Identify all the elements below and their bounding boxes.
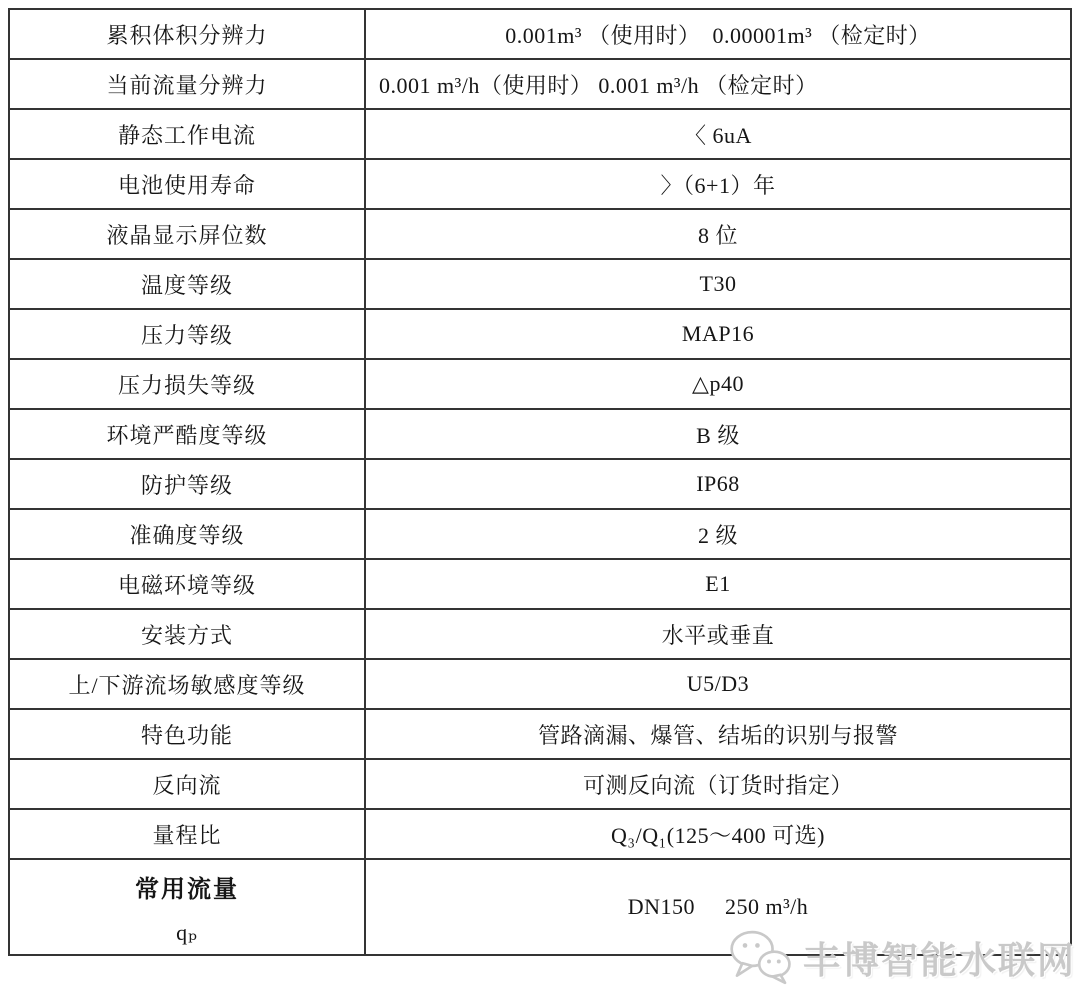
spec-label-line2: qₚ	[176, 920, 198, 946]
table-row: 液晶显示屏位数 8 位	[9, 209, 1071, 259]
table-row: 准确度等级 2 级	[9, 509, 1071, 559]
table-row: 安装方式 水平或垂直	[9, 609, 1071, 659]
table-row: 温度等级 T30	[9, 259, 1071, 309]
table-row: 电池使用寿命 〉（6+1）年	[9, 159, 1071, 209]
table-row: 反向流 可测反向流（订货时指定）	[9, 759, 1071, 809]
spec-value: 可测反向流（订货时指定）	[365, 759, 1071, 809]
table-row: 当前流量分辨力 0.001 m³/h（使用时） 0.001 m³/h （检定时）	[9, 59, 1071, 109]
spec-label: 反向流	[9, 759, 365, 809]
spec-label: 电池使用寿命	[9, 159, 365, 209]
spec-sheet-page: 累积体积分辨力 0.001m³ （使用时） 0.00001m³ （检定时） 当前…	[0, 0, 1080, 996]
spec-value: B 级	[365, 409, 1071, 459]
spec-label: 静态工作电流	[9, 109, 365, 159]
spec-label: 安装方式	[9, 609, 365, 659]
spec-label-line1: 常用流量	[135, 869, 239, 904]
common-flow-label-stack: 常用流量 qₚ	[11, 869, 363, 946]
table-row: 特色功能 管路滴漏、爆管、结垢的识别与报警	[9, 709, 1071, 759]
spec-value: T30	[365, 259, 1071, 309]
spec-value: U5/D3	[365, 659, 1071, 709]
table-row: 压力损失等级 △p40	[9, 359, 1071, 409]
spec-label: 常用流量 qₚ	[9, 859, 365, 955]
table-row: 量程比 Q₃/Q₁(125～400 可选)	[9, 809, 1071, 859]
spec-label: 量程比	[9, 809, 365, 859]
spec-label: 液晶显示屏位数	[9, 209, 365, 259]
spec-value: 〈 6uA	[365, 109, 1071, 159]
spec-value: MAP16	[365, 309, 1071, 359]
table-row: 上/下游流场敏感度等级 U5/D3	[9, 659, 1071, 709]
spec-label: 当前流量分辨力	[9, 59, 365, 109]
table-row: 压力等级 MAP16	[9, 309, 1071, 359]
table-row: 电磁环境等级 E1	[9, 559, 1071, 609]
spec-value: 2 级	[365, 509, 1071, 559]
spec-value: 〉（6+1）年	[365, 159, 1071, 209]
table-row: 累积体积分辨力 0.001m³ （使用时） 0.00001m³ （检定时）	[9, 9, 1071, 59]
spec-value: 0.001 m³/h（使用时） 0.001 m³/h （检定时）	[365, 59, 1071, 109]
spec-label: 压力损失等级	[9, 359, 365, 409]
spec-value: IP68	[365, 459, 1071, 509]
spec-label: 防护等级	[9, 459, 365, 509]
watermark-brand-text: 丰博智能水联网	[803, 930, 1076, 984]
spec-label: 压力等级	[9, 309, 365, 359]
table-row: 环境严酷度等级 B 级	[9, 409, 1071, 459]
spec-label: 特色功能	[9, 709, 365, 759]
spec-value: 8 位	[365, 209, 1071, 259]
spec-label: 上/下游流场敏感度等级	[9, 659, 365, 709]
spec-label: 累积体积分辨力	[9, 9, 365, 59]
wechat-icon	[729, 928, 793, 986]
spec-value: 0.001m³ （使用时） 0.00001m³ （检定时）	[365, 9, 1071, 59]
spec-value: Q₃/Q₁(125～400 可选)	[365, 809, 1071, 859]
spec-label: 环境严酷度等级	[9, 409, 365, 459]
spec-label: 电磁环境等级	[9, 559, 365, 609]
spec-value: 管路滴漏、爆管、结垢的识别与报警	[365, 709, 1071, 759]
spec-value: 水平或垂直	[365, 609, 1071, 659]
spec-table: 累积体积分辨力 0.001m³ （使用时） 0.00001m³ （检定时） 当前…	[8, 8, 1072, 956]
spec-label: 温度等级	[9, 259, 365, 309]
spec-value: E1	[365, 559, 1071, 609]
watermark: 丰博智能水联网	[729, 926, 1076, 988]
spec-label: 准确度等级	[9, 509, 365, 559]
spec-value: △p40	[365, 359, 1071, 409]
table-row: 静态工作电流 〈 6uA	[9, 109, 1071, 159]
table-row: 防护等级 IP68	[9, 459, 1071, 509]
